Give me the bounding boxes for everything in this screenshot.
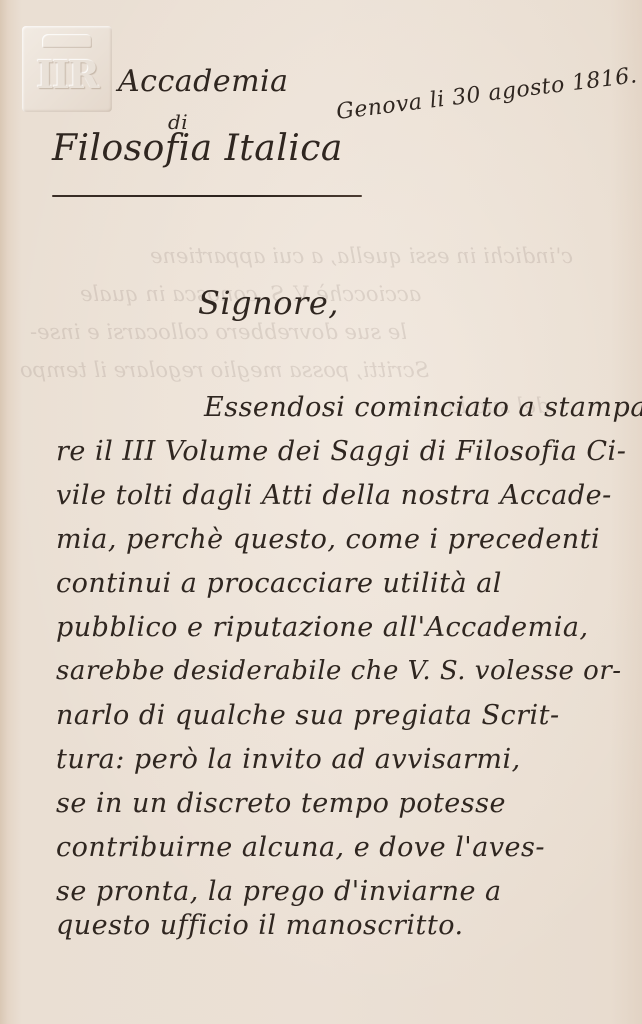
- letter-page: c'indichi in essi quella, a cui appartie…: [0, 0, 642, 1024]
- body-line: Essendosi cominciato a stampa-: [204, 392, 642, 423]
- salutation: Signore,: [198, 284, 339, 322]
- embossed-crest-icon: IIR: [22, 26, 112, 112]
- body-line: vile tolti dagli Atti della nostra Accad…: [56, 480, 612, 511]
- body-line: se pronta, la prego d'inviarne a: [56, 876, 502, 907]
- body-line: re il III Volume dei Saggi di Filosofia …: [56, 436, 626, 467]
- body-line: pubblico e riputazione all'Accademia,: [56, 612, 589, 643]
- letterhead-line-1: Accademia: [118, 64, 289, 99]
- crown-icon: [42, 34, 92, 48]
- body-line: sarebbe desiderabile che V. S. volesse o…: [56, 656, 622, 686]
- letterhead-line-3: Filosofia Italica: [52, 128, 343, 169]
- letterhead-divider: [52, 195, 362, 197]
- body-line: tura: però la invito ad avvisarmi,: [56, 744, 521, 775]
- body-line: contribuirne alcuna, e dove l'aves-: [56, 832, 545, 863]
- body-line: questo ufficio il manoscritto.: [56, 910, 464, 941]
- bleed-through-line: le sue dovrebbero collocarsi e inse-: [30, 320, 407, 344]
- body-line: se in un discreto tempo potesse: [56, 788, 506, 819]
- body-line: narlo di qualche sua pregiata Scrit-: [56, 700, 560, 731]
- body-line: mia, perchè questo, come i precedenti: [56, 524, 600, 555]
- bleed-through-line: Scritti, possa meglio regolare il tempo: [20, 358, 429, 382]
- dateline: Genova li 30 agosto 1816.: [335, 63, 639, 125]
- crest-monogram: IIR: [22, 52, 112, 97]
- bleed-through-line: c'indichi in essi quella, a cui appartie…: [150, 244, 573, 268]
- body-line: continui a procacciare utilità al: [56, 568, 502, 599]
